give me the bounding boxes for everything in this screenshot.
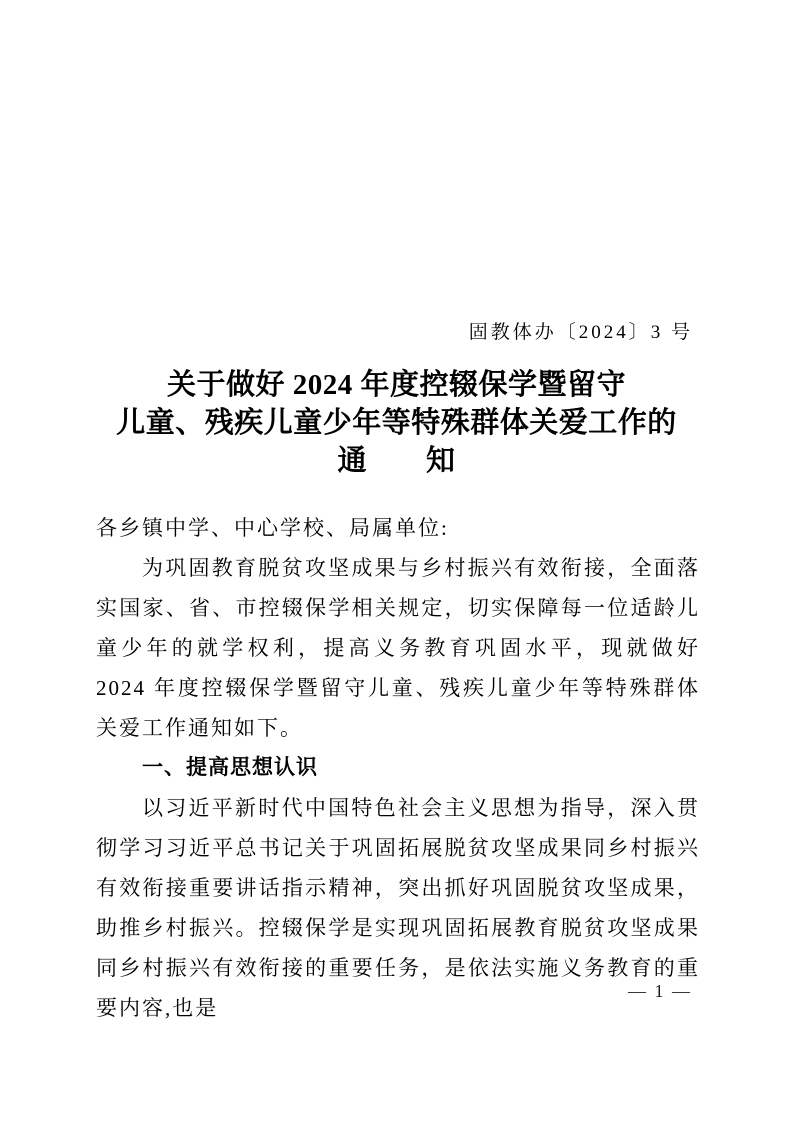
title-line-1: 关于做好 2024 年度控辍保学暨留守 [0,366,793,404]
document-reference-number: 固教体办〔2024〕3 号 [469,317,693,344]
page-number: — 1 — [620,981,700,1002]
salutation: 各乡镇中学、中心学校、局属单位: [96,508,700,548]
document-body: 各乡镇中学、中心学校、局属单位: 为巩固教育脱贫攻坚成果与乡村振兴有效衔接，全面… [96,508,700,1028]
section-1-heading: 一、提高思想认识 [96,748,700,788]
title-line-2: 儿童、残疾儿童少年等特殊群体关爱工作的 [0,404,793,442]
section-1-paragraph: 以习近平新时代中国特色社会主义思想为指导，深入贯彻学习习近平总书记关于巩固拓展脱… [96,788,700,1028]
notice-title: 关于做好 2024 年度控辍保学暨留守 儿童、残疾儿童少年等特殊群体关爱工作的 … [0,366,793,480]
title-line-3: 通 知 [0,442,793,480]
document-page: 固教体办〔2024〕3 号 关于做好 2024 年度控辍保学暨留守 儿童、残疾儿… [0,0,793,1122]
opening-paragraph: 为巩固教育脱贫攻坚成果与乡村振兴有效衔接，全面落实国家、省、市控辍保学相关规定，… [96,548,700,748]
